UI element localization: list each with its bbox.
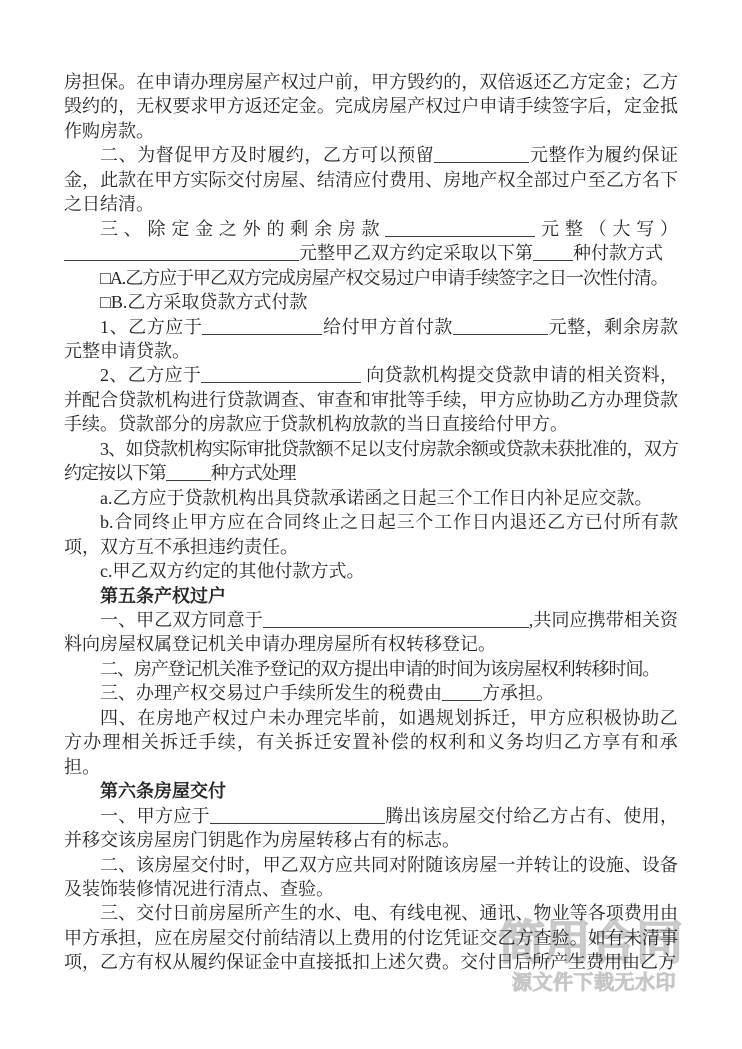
text-run: 二、房产登记机关准予登记的双方提出申请的时间为该房屋权利转移时间。 (100, 659, 659, 679)
fill-in-blank (166, 465, 211, 481)
text-run: c.甲乙双方约定的其他付款方式。 (100, 561, 365, 581)
text-run: 1、乙方应于 (100, 317, 202, 337)
para-remaining-payment: 三、除定金之外的剩余房款元整（大写）元整甲乙双方约定采取以下第种付款方式 (64, 217, 678, 266)
para-loan-option-a: a.乙方应于贷款机构出具贷款承诺函之日起三个工作日内补足应交款。 (64, 486, 678, 510)
text-run: □A.乙方应于甲乙双方完成房屋产权交易过户申请手续签字之日一次性付清。 (100, 268, 668, 288)
text-run: 一、甲方应于 (100, 806, 210, 826)
text-run: □B.乙方采取贷款方式付款 (100, 292, 307, 312)
para-option-a: □A.乙方应于甲乙双方完成房屋产权交易过户申请手续签字之日一次性付清。 (64, 266, 678, 290)
text-run: 方承担。 (482, 683, 554, 703)
heading-article-6: 第六条房屋交付 (64, 779, 678, 803)
para-6-3: 三、交付日前房屋所产生的水、电、有线电视、通讯、物业等各项费用由甲方承担，应在房… (64, 901, 678, 974)
fill-in-blank (385, 221, 535, 237)
para-loan-item-1: 1、乙方应于给付甲方首付款元整，剩余房款元整申请贷款。 (64, 315, 678, 364)
fill-in-blank (64, 245, 299, 261)
text-run: 房担保。在申请办理房屋产权过户前，甲方毁约的，双倍返还乙方定金；乙方毁约的，无权… (64, 72, 678, 141)
para-loan-item-3: 3、如贷款机构实际审批贷款额不足以支付房款余额或贷款未获批准的，双方约定按以下第… (64, 437, 678, 486)
text-run: 给付甲方首付款 (322, 317, 453, 337)
para-6-2: 二、该房屋交付时，甲乙双方应共同对附随该房屋一并转让的设施、设备及装饰装修情况进… (64, 853, 678, 902)
text-run: 三、交付日前房屋所产生的水、电、有线电视、通讯、物业等各项费用由甲方承担，应在房… (64, 903, 678, 972)
fill-in-blank (442, 685, 482, 701)
para-5-1: 一、甲乙双方同意于,共同应携带相关资料向房屋权属登记机关申请办理房屋所有权转移登… (64, 608, 678, 657)
para-6-1: 一、甲方应于腾出该房屋交付给乙方占有、使用，并移交该房屋房门钥匙作为房屋转移占有… (64, 804, 678, 853)
para-5-4: 四、在房地产权过户未办理完毕前，如遇规划拆迁，甲方应积极协助乙方办理相关拆迁手续… (64, 706, 678, 779)
fill-in-blank (202, 319, 322, 335)
text-run: 三、除定金之外的剩余房款 (100, 219, 385, 239)
text-run: 元整甲乙双方约定采取以下第 (299, 243, 533, 263)
text-run: 第五条产权过户 (100, 586, 226, 606)
text-run: 种付款方式 (573, 243, 663, 263)
text-run: 二、该房屋交付时，甲乙双方应共同对附随该房屋一并转让的设施、设备及装饰装修情况进… (64, 855, 678, 899)
text-run: a.乙方应于贷款机构出具贷款承诺函之日起三个工作日内补足应交款。 (100, 488, 653, 508)
para-deposit-continued: 房担保。在申请办理房屋产权过户前，甲方毁约的，双倍返还乙方定金；乙方毁约的，无权… (64, 70, 678, 143)
para-loan-item-2: 2、乙方应于 向贷款机构提交贷款申请的相关资料，并配合贷款机构进行贷款调查、审查… (64, 363, 678, 436)
fill-in-blank (263, 612, 529, 628)
para-option-b: □B.乙方采取贷款方式付款 (64, 290, 678, 314)
text-run: 种方式处理 (211, 463, 296, 483)
document-body: 房担保。在申请办理房屋产权过户前，甲方毁约的，双倍返还乙方定金；乙方毁约的，无权… (64, 70, 678, 975)
para-loan-option-c: c.甲乙双方约定的其他付款方式。 (64, 559, 678, 583)
para-5-2: 二、房产登记机关准予登记的双方提出申请的时间为该房屋权利转移时间。 (64, 657, 678, 681)
fill-in-blank (201, 367, 361, 383)
text-run: 3、如贷款机构实际审批贷款额不足以支付房款余额或贷款未获批准的，双方约定按以下第 (64, 439, 678, 483)
para-5-3: 三、办理产权交易过户手续所发生的税费由方承担。 (64, 681, 678, 705)
heading-article-5: 第五条产权过户 (64, 584, 678, 608)
text-run: b.合同终止甲方应在合同终止之日起三个工作日内退还乙方已付所有款项，双方互不承担… (64, 512, 678, 556)
para-loan-option-b: b.合同终止甲方应在合同终止之日起三个工作日内退还乙方已付所有款项，双方互不承担… (64, 510, 678, 559)
text-run: 元整（大写） (535, 219, 678, 239)
text-run: 2、乙方应于 (100, 365, 201, 385)
fill-in-blank (533, 245, 573, 261)
para-performance-deposit: 二、为督促甲方及时履约，乙方可以预留元整作为履约保证金，此款在甲方实际交付房屋、… (64, 143, 678, 216)
text-run: 第六条房屋交付 (100, 781, 226, 801)
text-run: 四、在房地产权过户未办理完毕前，如遇规划拆迁，甲方应积极协助乙方办理相关拆迁手续… (64, 708, 678, 777)
fill-in-blank (434, 147, 529, 163)
text-run: 三、办理产权交易过户手续所发生的税费由 (100, 683, 442, 703)
text-run: 二、为督促甲方及时履约，乙方可以预留 (100, 145, 434, 165)
fill-in-blank (453, 319, 548, 335)
text-run: 一、甲乙双方同意于 (100, 610, 263, 630)
fill-in-blank (210, 808, 385, 824)
